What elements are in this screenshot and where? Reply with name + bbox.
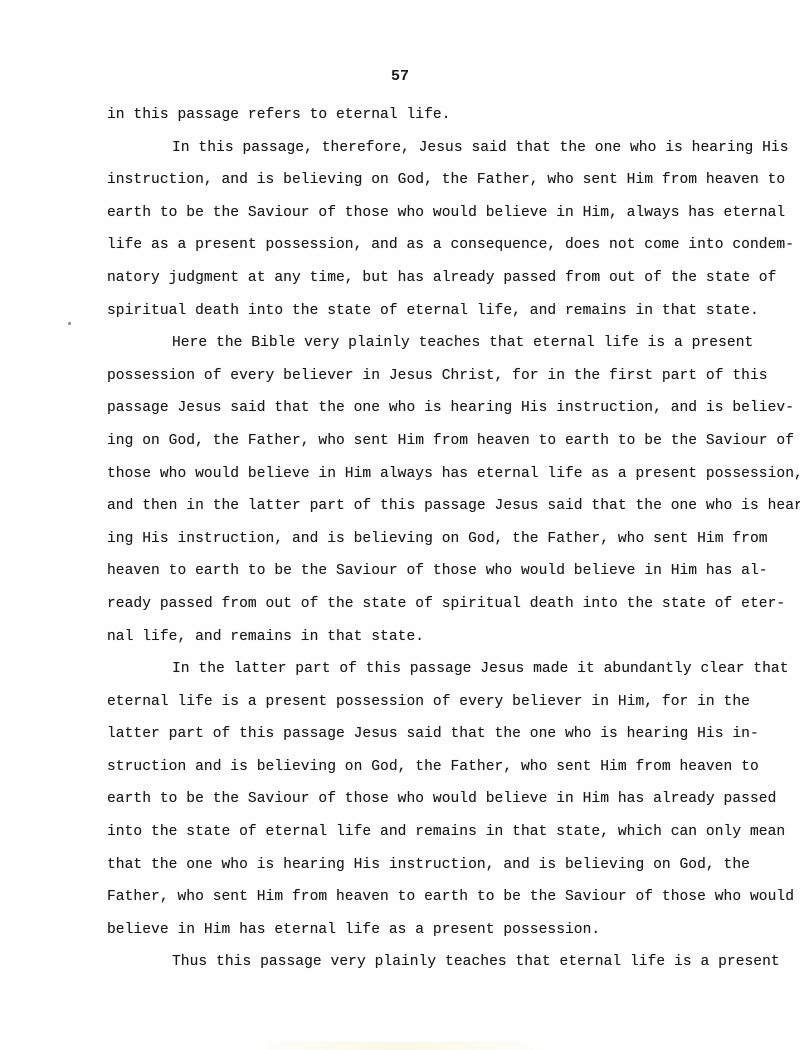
text-line: that the one who is hearing His instruct… <box>107 852 757 885</box>
text-line: ready passed from out of the state of sp… <box>107 591 757 624</box>
text-line: passage Jesus said that the one who is h… <box>107 395 757 428</box>
text-line: earth to be the Saviour of those who wou… <box>107 200 757 233</box>
text-line: and then in the latter part of this pass… <box>107 493 757 526</box>
text-line: Father, who sent Him from heaven to eart… <box>107 884 757 917</box>
body-text: in this passage refers to eternal life.I… <box>107 102 757 982</box>
text-line: into the state of eternal life and remai… <box>107 819 757 852</box>
text-line: heaven to earth to be the Saviour of tho… <box>107 558 757 591</box>
margin-speck <box>68 322 71 325</box>
text-line: ing His instruction, and is believing on… <box>107 526 757 559</box>
text-line: nal life, and remains in that state. <box>107 624 757 657</box>
text-line: struction and is believing on God, the F… <box>107 754 757 787</box>
text-line: ing on God, the Father, who sent Him fro… <box>107 428 757 461</box>
text-line: latter part of this passage Jesus said t… <box>107 721 757 754</box>
text-line: earth to be the Saviour of those who wou… <box>107 786 757 819</box>
text-line: possession of every believer in Jesus Ch… <box>107 363 757 396</box>
paragraph: Here the Bible very plainly teaches that… <box>107 330 757 656</box>
text-line: instruction, and is believing on God, th… <box>107 167 757 200</box>
text-line: those who would believe in Him always ha… <box>107 461 757 494</box>
text-line: In this passage, therefore, Jesus said t… <box>107 135 757 168</box>
text-line: natory judgment at any time, but has alr… <box>107 265 757 298</box>
text-line: believe in Him has eternal life as a pre… <box>107 917 757 950</box>
paper-discoloration <box>250 1042 550 1050</box>
paragraph: In the latter part of this passage Jesus… <box>107 656 757 949</box>
paragraph: in this passage refers to eternal life. <box>107 102 757 135</box>
text-line: eternal life is a present possession of … <box>107 689 757 722</box>
text-line: in this passage refers to eternal life. <box>107 102 757 135</box>
text-line: spiritual death into the state of eterna… <box>107 298 757 331</box>
text-line: In the latter part of this passage Jesus… <box>107 656 757 689</box>
text-line: life as a present possession, and as a c… <box>107 232 757 265</box>
document-page: 57 in this passage refers to eternal lif… <box>0 0 800 1050</box>
paragraph: Thus this passage very plainly teaches t… <box>107 949 757 982</box>
text-line: Thus this passage very plainly teaches t… <box>107 949 757 982</box>
paragraph: In this passage, therefore, Jesus said t… <box>107 135 757 331</box>
text-line: Here the Bible very plainly teaches that… <box>107 330 757 363</box>
page-number: 57 <box>0 68 800 85</box>
